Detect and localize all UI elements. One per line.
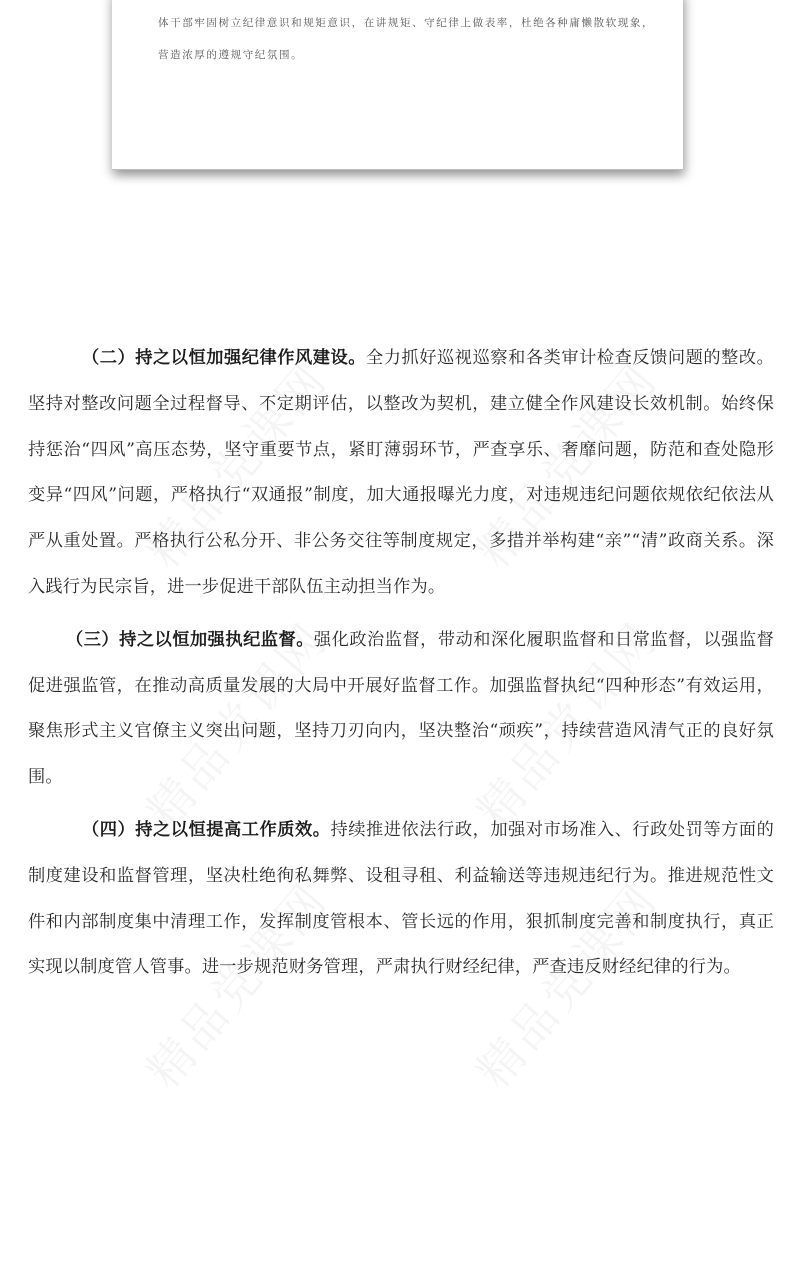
section-paragraph-4: （四）持之以恒提高工作质效。持续推进依法行政，加强对市场准入、行政处罚等方面的制… <box>28 808 774 991</box>
section-text: 强化政治监督，带动和深化履职监督和日常监督，以强监督促进强监管，在推动高质量发展… <box>28 630 774 787</box>
section-heading: （三）持之以恒加强执纪监督。 <box>66 630 314 650</box>
section-heading: （四）持之以恒提高工作质效。 <box>82 820 331 840</box>
section-paragraph-2: （二）持之以恒加强纪律作风建设。全力抓好巡视巡察和各类审计检查反馈问题的整改。坚… <box>28 336 774 611</box>
preview-text-line: 体干部牢固树立纪律意识和规矩意识，在讲规矩、守纪律上做表率，杜绝各种庸懒散软现象… <box>158 15 654 30</box>
section-text: 全力抓好巡视巡察和各类审计检查反馈问题的整改。坚持对整改问题全过程督导、不定期评… <box>28 348 774 597</box>
article-body: （二）持之以恒加强纪律作风建设。全力抓好巡视巡察和各类审计检查反馈问题的整改。坚… <box>28 336 774 991</box>
document-page-preview: 体干部牢固树立纪律意识和规矩意识，在讲规矩、守纪律上做表率，杜绝各种庸懒散软现象… <box>112 0 683 169</box>
section-paragraph-3: （三）持之以恒加强执纪监督。强化政治监督，带动和深化履职监督和日常监督，以强监督… <box>28 618 774 801</box>
section-heading: （二）持之以恒加强纪律作风建设。 <box>82 348 366 368</box>
section-text: 持续推进依法行政，加强对市场准入、行政处罚等方面的制度建设和监督管理，坚决杜绝徇… <box>28 820 774 977</box>
preview-text-line: 营造浓厚的遵规守纪氛围。 <box>158 47 303 62</box>
